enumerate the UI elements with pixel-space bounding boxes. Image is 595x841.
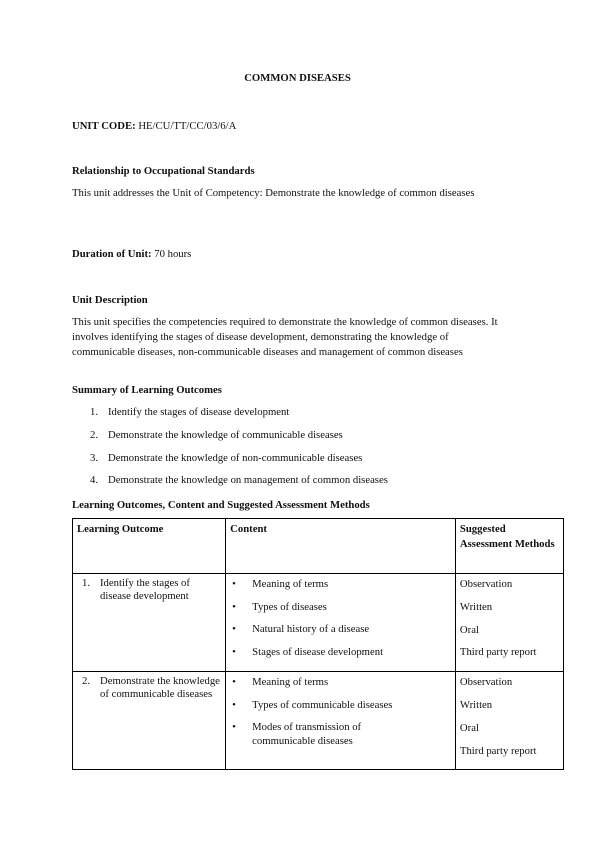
method-item: Third party report [460,645,559,659]
description-heading: Unit Description [72,294,148,306]
item-number: 1. [90,406,108,418]
item-number: 3. [90,452,108,464]
summary-item: 3.Demonstrate the knowledge of non-commu… [90,452,362,464]
list-item: •Stages of disease development [230,645,451,659]
method-item: Oral [460,721,559,735]
method-item: Observation [460,675,559,689]
list-item: •Natural history of a disease [230,622,451,636]
bullet-icon: • [230,622,252,636]
outcome-cell: 2. Demonstrate the knowledge of communic… [73,672,226,770]
bullet-icon: • [230,675,252,689]
table-row: 1. Identify the stages of disease develo… [73,574,564,672]
header-learning-outcome: Learning Outcome [73,519,226,574]
table-row: 2. Demonstrate the knowledge of communic… [73,672,564,770]
table-heading: Learning Outcomes, Content and Suggested… [72,499,370,511]
method-item: Written [460,698,559,712]
duration-value: 70 hours [154,248,191,260]
bullet-icon: • [230,577,252,591]
content-text: Natural history of a disease [252,622,369,636]
method-item: Written [460,600,559,614]
method-item: Oral [460,623,559,637]
content-text: Stages of disease development [252,645,383,659]
summary-item: 2.Demonstrate the knowledge of communica… [90,429,343,441]
duration: Duration of Unit: 70 hours [72,248,191,260]
bullet-icon: • [230,720,252,748]
relationship-heading: Relationship to Occupational Standards [72,165,255,177]
item-text: Demonstrate the knowledge of communicabl… [108,429,343,441]
list-item: •Types of diseases [230,600,451,614]
list-item: •Modes of transmission of communicable d… [230,720,451,748]
item-text: Demonstrate the knowledge of non-communi… [108,452,362,464]
learning-outcomes-table: Learning Outcome Content Suggested Asses… [72,518,564,770]
item-number: 2. [90,429,108,441]
duration-label: Duration of Unit: [72,248,152,260]
list-item: •Types of communicable diseases [230,698,451,712]
header-assessment-methods: Suggested Assessment Methods [455,519,563,574]
outcome-number: 1. [77,577,100,603]
relationship-text: This unit addresses the Unit of Competen… [72,186,492,201]
item-text: Demonstrate the knowledge on management … [108,474,388,486]
outcome-number: 2. [77,675,100,701]
methods-cell: Observation Written Oral Third party rep… [455,672,563,770]
item-number: 4. [90,474,108,486]
content-cell: •Meaning of terms •Types of diseases •Na… [226,574,456,672]
content-text: Meaning of terms [252,675,328,689]
bullet-icon: • [230,645,252,659]
content-text: Types of diseases [252,600,327,614]
item-text: Identify the stages of disease developme… [108,406,289,418]
table-header-row: Learning Outcome Content Suggested Asses… [73,519,564,574]
method-item: Third party report [460,744,559,758]
summary-item: 1.Identify the stages of disease develop… [90,406,289,418]
outcome-text: Demonstrate the knowledge of communicabl… [100,675,221,701]
document-title: COMMON DISEASES [0,72,595,84]
list-item: •Meaning of terms [230,577,451,591]
outcome-text: Identify the stages of disease developme… [100,577,221,603]
header-content: Content [226,519,456,574]
content-text: Meaning of terms [252,577,328,591]
list-item: •Meaning of terms [230,675,451,689]
bullet-icon: • [230,698,252,712]
summary-heading: Summary of Learning Outcomes [72,384,222,396]
unit-code-value: HE/CU/TT/CC/03/6/A [138,120,236,132]
content-text: Modes of transmission of communicable di… [252,720,402,748]
bullet-icon: • [230,600,252,614]
unit-code: UNIT CODE: HE/CU/TT/CC/03/6/A [72,120,236,132]
outcome-cell: 1. Identify the stages of disease develo… [73,574,226,672]
content-text: Types of communicable diseases [252,698,392,712]
method-item: Observation [460,577,559,591]
description-text: This unit specifies the competencies req… [72,315,502,361]
summary-item: 4.Demonstrate the knowledge on managemen… [90,474,388,486]
methods-cell: Observation Written Oral Third party rep… [455,574,563,672]
content-cell: •Meaning of terms •Types of communicable… [226,672,456,770]
unit-code-label: UNIT CODE: [72,120,136,132]
